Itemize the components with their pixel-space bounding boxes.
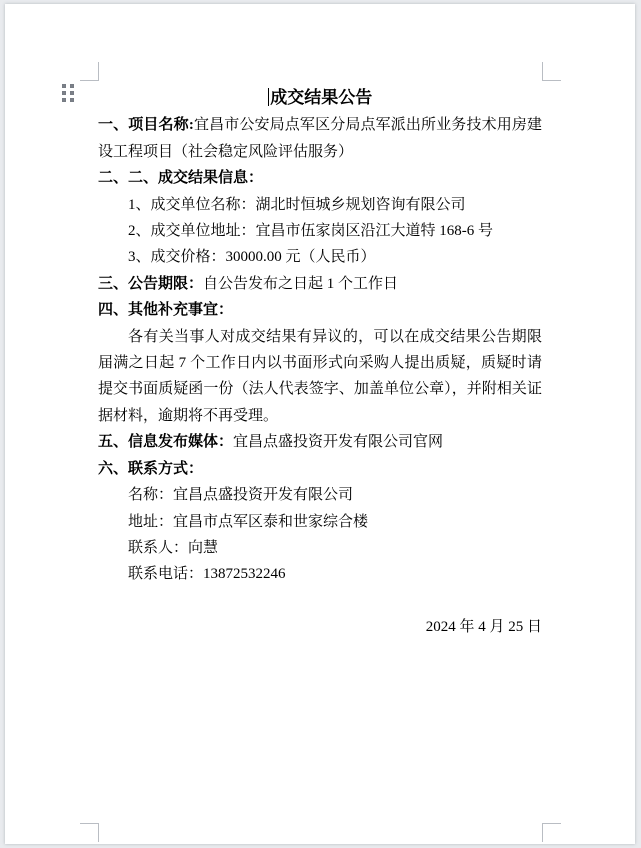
contact-phone: 联系电话：13872532246 <box>98 561 542 587</box>
section-label: 六、联系方式： <box>98 461 203 477</box>
contact-address: 地址：宜昌市点军区泰和世家综合楼 <box>98 509 542 535</box>
section-text: 宜昌点盛投资开发有限公司官网 <box>233 434 443 450</box>
editor-canvas: 成交结果公告 一、项目名称:宜昌市公安局点军区分局点军派出所业务技术用房建设工程… <box>0 0 641 848</box>
section-result-info-heading: 二、二、成交结果信息： <box>98 165 542 191</box>
section-label: 三、公告期限： <box>98 276 203 292</box>
section-announcement-period: 三、公告期限：自公告发布之日起 1 个工作日 <box>98 271 542 297</box>
section-other-matters-heading: 四、其他补充事宜： <box>98 297 542 323</box>
section-project-name: 一、项目名称:宜昌市公安局点军区分局点军派出所业务技术用房建设工程项目（社会稳定… <box>98 112 542 165</box>
document-title-text: 成交结果公告 <box>270 88 372 107</box>
contact-name: 名称：宜昌点盛投资开发有限公司 <box>98 482 542 508</box>
document-body[interactable]: 成交结果公告 一、项目名称:宜昌市公安局点军区分局点军派出所业务技术用房建设工程… <box>98 85 542 641</box>
margin-mark-top-right-icon <box>542 62 561 81</box>
section-label: 二、二、成交结果信息： <box>98 170 263 186</box>
section-label: 五、信息发布媒体： <box>98 434 233 450</box>
document-title: 成交结果公告 <box>98 85 542 111</box>
section-label: 四、其他补充事宜： <box>98 302 233 318</box>
paragraph-objection-notice: 各有关当事人对成交结果有异议的，可以在成交结果公告期限届满之日起 7 个工作日内… <box>98 324 542 430</box>
section-publish-media: 五、信息发布媒体：宜昌点盛投资开发有限公司官网 <box>98 429 542 455</box>
document-page[interactable]: 成交结果公告 一、项目名称:宜昌市公安局点军区分局点军派出所业务技术用房建设工程… <box>5 4 635 844</box>
section-text: 自公告发布之日起 1 个工作日 <box>203 276 398 292</box>
list-item-winner-price: 3、成交价格：30000.00 元（人民币） <box>98 244 542 270</box>
list-item-winner-address: 2、成交单位地址：宜昌市伍家岗区沿江大道特 168-6 号 <box>98 218 542 244</box>
paragraph-drag-handle-icon[interactable] <box>62 84 74 103</box>
list-item-winner-name: 1、成交单位名称：湖北时恒城乡规划咨询有限公司 <box>98 192 542 218</box>
margin-mark-bottom-left-icon <box>80 823 99 842</box>
margin-mark-bottom-right-icon <box>542 823 561 842</box>
contact-person: 联系人：向慧 <box>98 535 542 561</box>
section-label: 一、项目名称: <box>98 117 194 133</box>
document-date: 2024 年 4 月 25 日 <box>98 614 542 640</box>
section-contact-heading: 六、联系方式： <box>98 456 542 482</box>
margin-mark-top-left-icon <box>80 62 99 81</box>
